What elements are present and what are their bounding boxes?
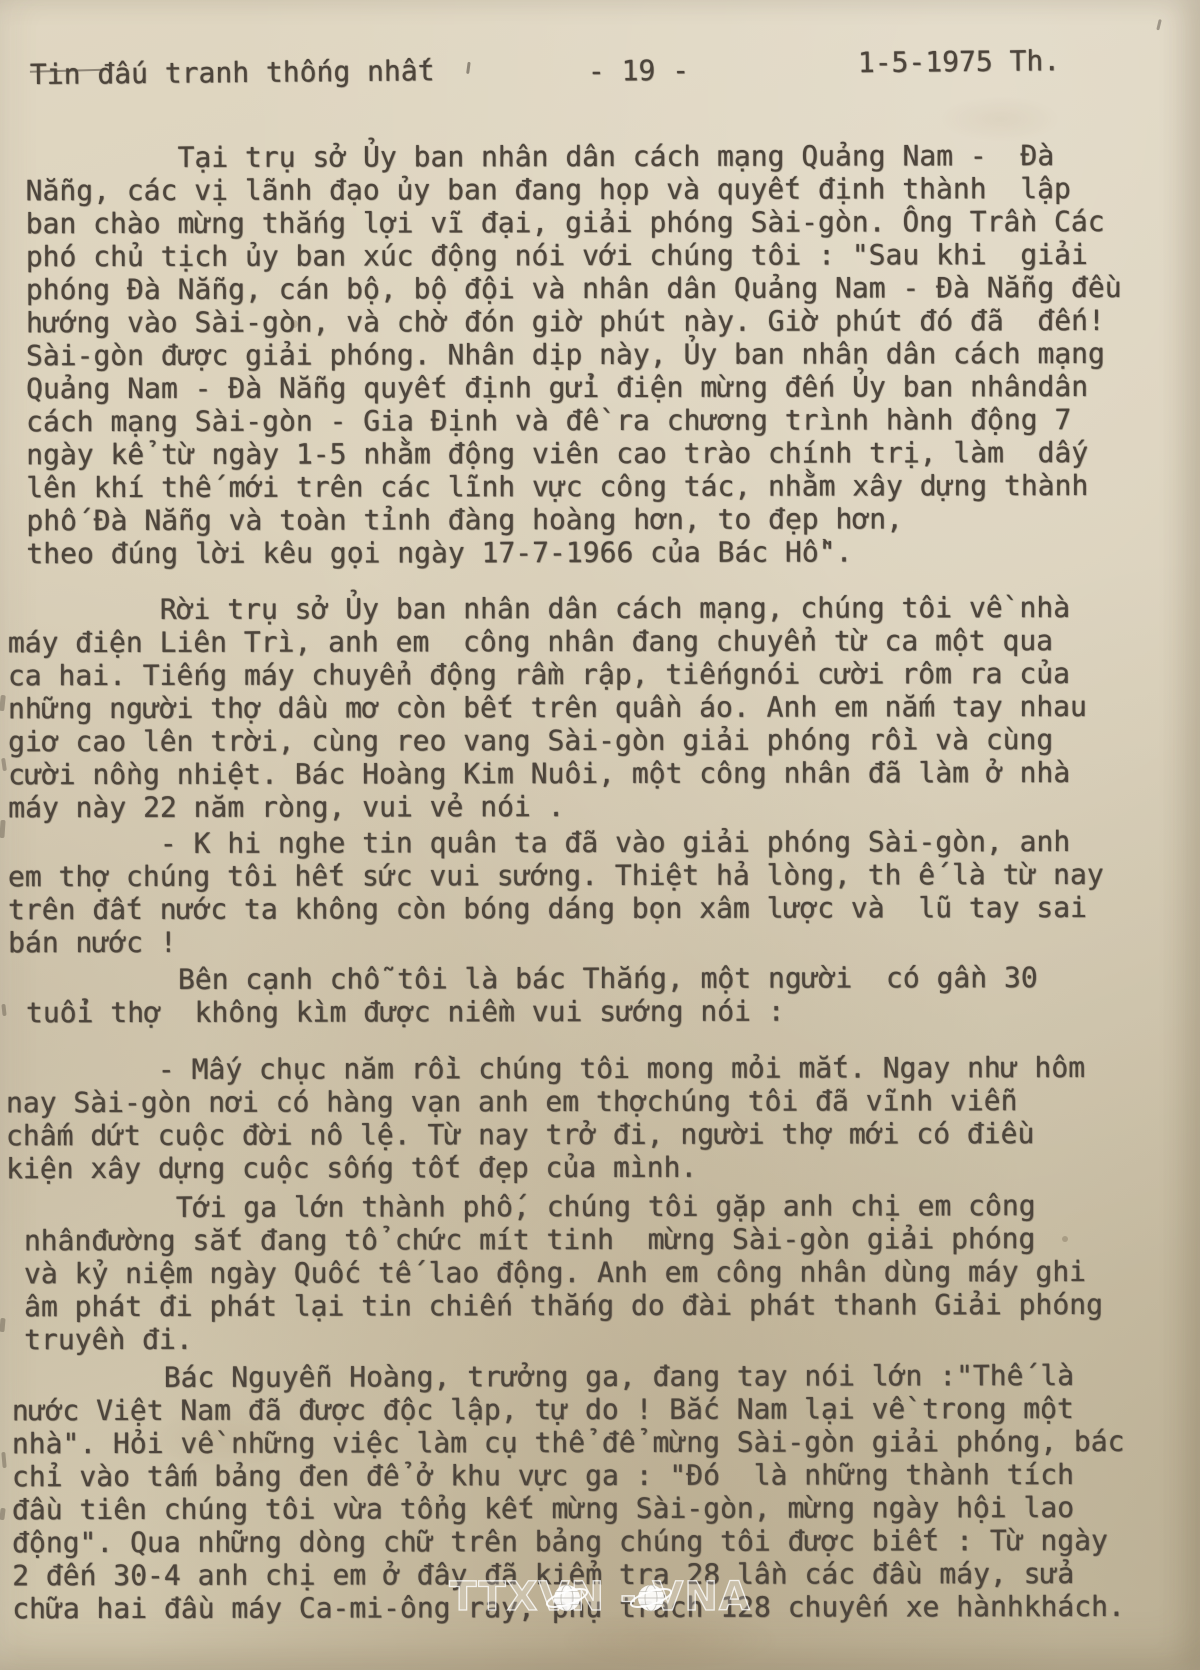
paragraph-4: Bên cạnh chỗ tôi là bác Thắng, một người…: [26, 961, 1191, 1029]
text-line: cách mạng Sài-gòn - Gia Định và đề ra ch…: [26, 403, 1191, 438]
text-line: Tới ga lớn thành phố, chúng tôi gặp anh …: [24, 1189, 1189, 1224]
scan-edge-mark: [0, 1508, 6, 1521]
text-line: bán nước !: [8, 924, 1173, 959]
text-line: Rời trụ sở Ủy ban nhân dân cách mạng, ch…: [8, 591, 1173, 626]
watermark-text: TTXVN - VNA: [440, 1574, 760, 1620]
text-line: ca hai. Tiếng máy chuyển động rầm rập, t…: [8, 657, 1173, 692]
paragraph-5: - Mấy chục năm rồi chúng tôi mong mỏi mắ…: [6, 1051, 1171, 1185]
text-line: phóng Đà Nẵng, cán bộ, bộ đội và nhân dâ…: [26, 271, 1191, 306]
page-header: Tin đấu tranh thống nhất - 19 - 1-5-1975…: [0, 0, 1200, 110]
text-line: Nẵng, các vị lãnh đạo ủy ban đang họp và…: [26, 172, 1191, 207]
text-line: tuổi thợ không kìm được niềm vui sướng n…: [26, 994, 1191, 1029]
text-line: đầu tiên chúng tôi vừa tổng kết mừng Sài…: [12, 1491, 1177, 1526]
agency-watermark: TTXVN - VNA: [440, 1568, 760, 1634]
text-line: nước Việt Nam đã được độc lập, tự do ! B…: [12, 1392, 1177, 1427]
text-line: những người thợ dầu mơ còn bết trên quần…: [8, 690, 1173, 725]
text-line: máy này 22 năm ròng, vui vẻ nói .: [8, 789, 1173, 824]
text-line: trên đất nước ta không còn bóng dáng bọn…: [8, 891, 1173, 926]
text-line: ngày kể từ ngày 1-5 nhằm động viên cao t…: [26, 436, 1191, 471]
document-title: Tin đấu tranh thống nhất: [30, 54, 435, 91]
text-line: Tại trụ sở Ủy ban nhân dân cách mạng Quả…: [26, 139, 1191, 174]
text-line: nhânđường sắt đang tổ chức mít tinh mừng…: [24, 1222, 1189, 1257]
text-line: giơ cao lên trời, cùng reo vang Sài-gòn …: [8, 723, 1173, 758]
page-number: - 19 -: [588, 54, 689, 88]
text-line: chỉ vào tấm bảng đen để ở khu vực ga : "…: [12, 1458, 1177, 1493]
text-line: lên khí thế mới trên các lĩnh vực công t…: [26, 469, 1191, 504]
text-line: máy điện Liên Trì, anh em công nhân đang…: [8, 624, 1173, 659]
paragraph-6: Tới ga lớn thành phố, chúng tôi gặp anh …: [24, 1189, 1189, 1356]
document-date: 1-5-1975 Th.: [858, 44, 1061, 79]
scanned-document-page: Tin đấu tranh thống nhất - 19 - 1-5-1975…: [0, 0, 1200, 1670]
text-line: nhà". Hỏi về những việc làm cụ thể để mừ…: [12, 1425, 1177, 1460]
text-line: theo đúng lời kêu gọi ngày 17-7-1966 của…: [26, 535, 1191, 570]
text-line: truyền đi.: [24, 1321, 1189, 1356]
stray-quote-mark: [466, 62, 471, 74]
text-line: Bác Nguyễn Hoàng, trưởng ga, đang tay nó…: [12, 1359, 1177, 1394]
text-line: hướng vào Sài-gòn, và chờ đón giờ phút n…: [26, 304, 1191, 339]
text-line: - Mấy chục năm rồi chúng tôi mong mỏi mắ…: [6, 1051, 1171, 1086]
paragraph-2: Rời trụ sở Ủy ban nhân dân cách mạng, ch…: [8, 591, 1173, 824]
stray-ink-speck: [1156, 19, 1161, 30]
text-line: nay Sài-gòn nơi có hàng vạn anh em thợch…: [6, 1084, 1171, 1119]
text-line: phó chủ tịch ủy ban xúc động nói với chú…: [26, 238, 1191, 273]
paragraph-3: - K hi nghe tin quân ta đã vào giải phón…: [8, 825, 1173, 959]
paragraph-1: Tại trụ sở Ủy ban nhân dân cách mạng Quả…: [26, 139, 1192, 570]
text-line: âm phát đi phát lại tin chiến thắng do đ…: [24, 1288, 1189, 1323]
scan-edge-mark: [1, 1004, 6, 1016]
page-content: Tin đấu tranh thống nhất - 19 - 1-5-1975…: [0, 0, 1200, 1670]
text-line: Sài-gòn được giải phóng. Nhân dịp này, Ủ…: [26, 337, 1191, 372]
text-line: em thợ chúng tôi hết sức vui sướng. Thiệ…: [8, 858, 1173, 893]
scan-edge-mark: [1, 1452, 6, 1468]
text-line: phố Đà Nẵng và toàn tỉnh đàng hoàng hơn,…: [26, 502, 1191, 537]
text-line: ban chào mừng thắng lợi vĩ đại, giải phó…: [26, 205, 1191, 240]
globe-icon: [544, 1578, 590, 1618]
text-line: Quảng Nam - Đà Nẵng quyết định gửi điện …: [26, 370, 1191, 405]
text-line: chấm dứt cuộc đời nô lệ. Từ nay trở đi, …: [6, 1117, 1171, 1152]
text-line: Bên cạnh chỗ tôi là bác Thắng, một người…: [26, 961, 1191, 996]
text-line: kiện xây dựng cuộc sống tốt đẹp của mình…: [6, 1150, 1171, 1185]
scan-edge-mark: [0, 695, 6, 711]
text-line: cười nồng nhiệt. Bác Hoàng Kim Nuôi, một…: [8, 756, 1173, 791]
scan-edge-mark: [0, 1318, 6, 1332]
text-line: động". Qua những dòng chữ trên bảng chún…: [12, 1524, 1177, 1559]
globe-icon: [628, 1578, 674, 1618]
scan-edge-mark: [0, 820, 6, 838]
paper-stain: [940, 96, 1060, 142]
scan-edge-mark: [1, 758, 7, 771]
text-line: và kỷ niệm ngày Quốc tế lao động. Anh em…: [24, 1255, 1189, 1290]
text-line: - K hi nghe tin quân ta đã vào giải phón…: [8, 825, 1173, 860]
